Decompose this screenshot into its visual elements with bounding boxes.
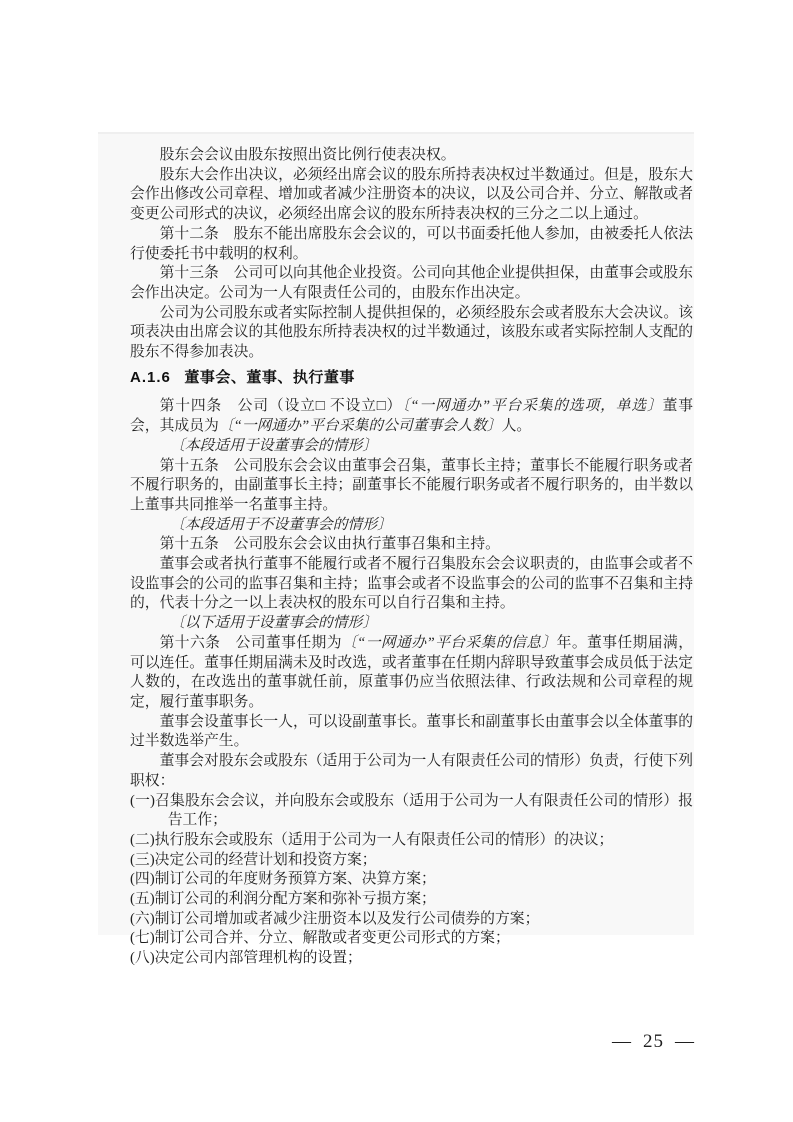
list-item: (八)决定公司内部管理机构的设置； [130,949,693,969]
text-run: 人。 [502,418,532,434]
platform-fill-in-note: 〔“一网通办”平台采集的选项，单选〕 [402,398,662,414]
paragraph: 第十五条 公司股东会会议由董事会召集，董事长主持；董事长不能履行职务或者不履行职… [130,457,693,516]
footer-dash-right: — [675,1031,695,1053]
text-run: 第十三条 公司可以向其他企业投资。公司向其他企业提供担保，由董事会或股东会作出决… [130,265,693,301]
page-number: 25 [643,1031,664,1053]
paragraph: 董事会设董事长一人，可以设副董事长。董事长和副董事长由董事会以全体董事的过半数选… [130,713,693,752]
paragraph: 第十三条 公司可以向其他企业投资。公司向其他企业提供担保，由董事会或股东会作出决… [130,264,693,303]
paragraph: 第十二条 股东不能出席股东会会议的，可以书面委托他人参加，由被委托人依法行使委托… [130,225,693,264]
platform-fill-in-note: 〔“一网通办”平台采集的信息〕 [342,635,557,651]
platform-fill-in-note: 〔本段适用于不设董事会的情形〕 [170,517,392,533]
text-run: (六)制订公司增加或者减少注册资本以及发行公司债券的方案； [130,911,539,927]
footer-dash-left: — [612,1031,632,1053]
section-heading: A.1.6董事会、董事、执行董事 [130,368,693,388]
page-footer: — 25 — [612,1031,695,1053]
text-run: 第十五条 公司股东会会议由执行董事召集和主持。 [160,536,500,552]
paragraph: 股东大会作出决议，必须经出席会议的股东所持表决权过半数通过。但是，股东大会作出修… [130,166,693,225]
platform-fill-in-note: 〔本段适用于设董事会的情形〕 [170,438,377,454]
note-line: 〔本段适用于设董事会的情形〕 [130,437,693,457]
list-item: (三)决定公司的经营计划和投资方案； [130,851,693,871]
platform-fill-in-note: 〔以下适用于设董事会的情形〕 [170,615,377,631]
text-run: (七)制订公司合并、分立、解散或者变更公司形式的方案； [130,930,510,946]
note-line: 〔本段适用于不设董事会的情形〕 [130,516,693,536]
paragraph: 第十四条 公司（设立□ 不设立□）〔“一网通办”平台采集的选项，单选〕董事会，其… [130,397,693,436]
text-run: 董事会对股东会或股东（适用于公司为一人有限责任公司的情形）负责，行使下列职权： [130,753,693,789]
text-run: (八)决定公司内部管理机构的设置； [130,950,362,966]
text-run: (一)召集股东会会议，并向股东会或股东（适用于公司为一人有限责任公司的情形）报告… [130,793,693,829]
paragraph: 董事会对股东会或股东（适用于公司为一人有限责任公司的情形）负责，行使下列职权： [130,752,693,791]
text-run: 第十五条 公司股东会会议由董事会召集，董事长主持；董事长不能履行职务或者不履行职… [130,458,693,513]
text-run: (四)制订公司的年度财务预算方案、决算方案； [130,871,436,887]
paragraph: 股东会会议由股东按照出资比例行使表决权。 [130,146,693,166]
list-item: (一)召集股东会会议，并向股东会或股东（适用于公司为一人有限责任公司的情形）报告… [130,792,693,831]
paragraph: 第十五条 公司股东会会议由执行董事召集和主持。 [130,535,693,555]
list-item: (七)制订公司合并、分立、解散或者变更公司形式的方案； [130,929,693,949]
text-run: 第十六条 公司董事任期为 [160,635,342,651]
text-run: 董事会或者执行董事不能履行或者不履行召集股东会会议职责的，由监事会或者不设监事会… [130,556,693,611]
text-run: 第十二条 股东不能出席股东会会议的，可以书面委托他人参加，由被委托人依法行使委托… [130,226,693,262]
list-item: (二)执行股东会或股东（适用于公司为一人有限责任公司的情形）的决议； [130,831,693,851]
text-run: 第十四条 公司（设立□ 不设立□） [160,398,403,414]
paragraph: 第十六条 公司董事任期为〔“一网通办”平台采集的信息〕年。董事任期届满，可以连任… [130,634,693,713]
list-item: (六)制订公司增加或者减少注册资本以及发行公司债券的方案； [130,910,693,930]
text-run: (二)执行股东会或股东（适用于公司为一人有限责任公司的情形）的决议； [130,832,613,848]
section-title: 董事会、董事、执行董事 [184,369,355,386]
paragraph: 董事会或者执行董事不能履行或者不履行召集股东会会议职责的，由监事会或者不设监事会… [130,555,693,614]
list-item: (五)制订公司的利润分配方案和弥补亏损方案； [130,890,693,910]
text-run: 公司为公司股东或者实际控制人提供担保的，必须经股东会或者股东大会决议。该项表决由… [130,305,693,360]
note-line: 〔以下适用于设董事会的情形〕 [130,614,693,634]
section-number: A.1.6 [130,369,171,386]
text-run: 董事会设董事长一人，可以设副董事长。董事长和副董事长由董事会以全体董事的过半数选… [130,714,693,750]
text-run: 股东大会作出决议，必须经出席会议的股东所持表决权过半数通过。但是，股东大会作出修… [130,167,693,222]
text-run: (三)决定公司的经营计划和投资方案； [130,852,377,868]
text-run: (五)制订公司的利润分配方案和弥补亏损方案； [130,891,436,907]
text-run: 股东会会议由股东按照出资比例行使表决权。 [160,147,456,163]
platform-fill-in-note: 〔“一网通办”平台采集的公司董事会人数〕 [219,418,502,434]
document-page: 股东会会议由股东按照出资比例行使表决权。股东大会作出决议，必须经出席会议的股东所… [0,0,793,1122]
text-column: 股东会会议由股东按照出资比例行使表决权。股东大会作出决议，必须经出席会议的股东所… [130,146,693,969]
list-item: (四)制订公司的年度财务预算方案、决算方案； [130,870,693,890]
paragraph: 公司为公司股东或者实际控制人提供担保的，必须经股东会或者股东大会决议。该项表决由… [130,304,693,363]
